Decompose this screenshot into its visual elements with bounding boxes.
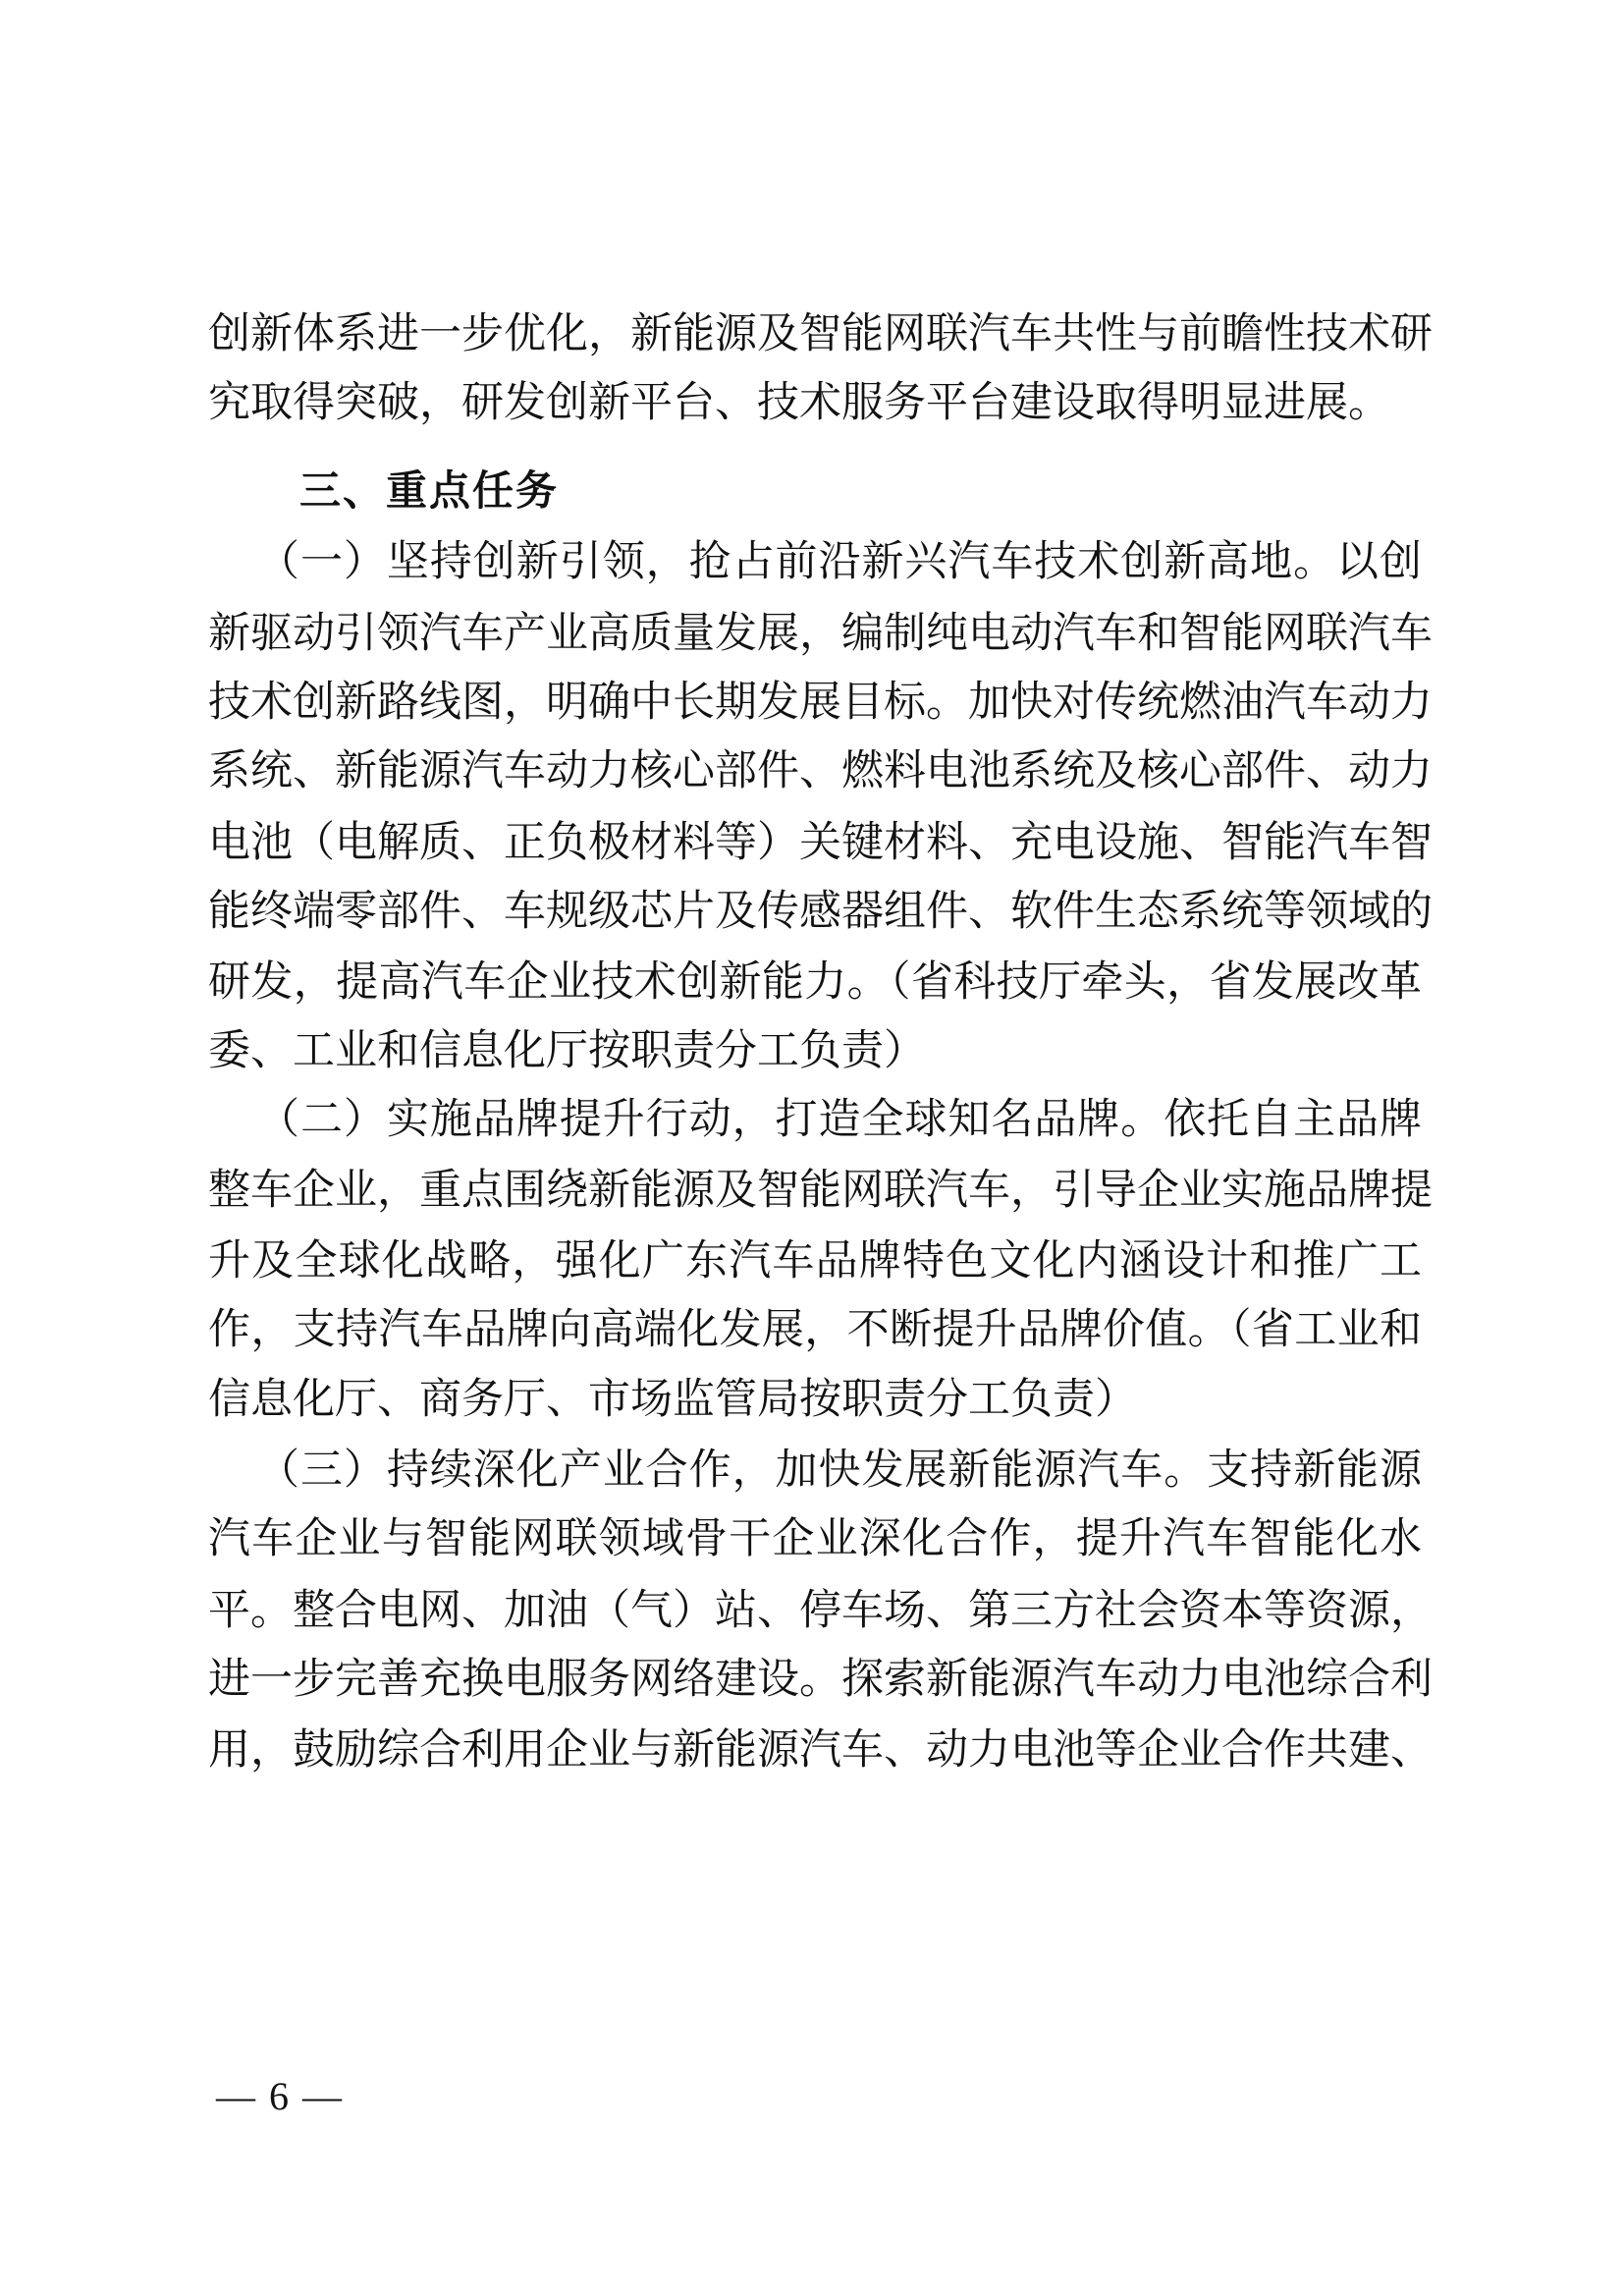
task-2-line-1: （二）实施品牌提升行动，打造全球知名品牌。依托自主品牌 xyxy=(257,1090,1422,1149)
task-3-line-4: 进一步完善充换电服务网络建设。探索新能源汽车动力电池综合利 xyxy=(208,1650,1422,1709)
task-2-line-4: 作，支持汽车品牌向高端化发展，不断提升品牌价值。（省工业和 xyxy=(208,1300,1422,1359)
task-1-line-7: 研发，提高汽车企业技术创新能力。（省科技厅牵头，省发展改革 xyxy=(208,953,1422,1011)
task-1-line-1: （一）坚持创新引领，抢占前沿新兴汽车技术创新高地。以创 xyxy=(257,532,1422,591)
task-2-line-3: 升及全球化战略，强化广东汽车品牌特色文化内涵设计和推广工 xyxy=(208,1231,1422,1290)
task-1-line-5: 电池（电解质、正负极材料等）关键材料、充电设施、智能汽车智 xyxy=(208,813,1422,872)
task-1-line-8: 委、工业和信息化厅按职责分工负责） xyxy=(208,1021,1422,1080)
task-2-line-5: 信息化厅、商务厅、市场监管局按职责分工负责） xyxy=(208,1370,1422,1429)
task-1-line-6: 能终端零部件、车规级芯片及传感器组件、软件生态系统等领域的 xyxy=(208,882,1422,941)
task-3-line-3: 平。整合电网、加油（气）站、停车场、第三方社会资本等资源， xyxy=(208,1581,1422,1640)
task-3-line-5: 用，鼓励综合利用企业与新能源汽车、动力电池等企业合作共建、 xyxy=(208,1721,1422,1779)
task-3-line-1: （三）持续深化产业合作，加快发展新能源汽车。支持新能源 xyxy=(257,1441,1422,1500)
task-1-line-3: 技术创新路线图，明确中长期发展目标。加快对传统燃油汽车动力 xyxy=(208,673,1422,732)
task-2-line-2: 整车企业，重点围绕新能源及智能网联汽车，引导企业实施品牌提 xyxy=(208,1161,1422,1220)
task-1-line-2: 新驱动引领汽车产业高质量发展，编制纯电动汽车和智能网联汽车 xyxy=(208,604,1422,663)
task-3-line-2: 汽车企业与智能网联领域骨干企业深化合作，提升汽车智能化水 xyxy=(208,1509,1422,1568)
document-page: 创新体系进一步优化，新能源及智能网联汽车共性与前瞻性技术研 究取得突破，研发创新… xyxy=(0,0,1624,2295)
intro-line-2: 究取得突破，研发创新平台、技术服务平台建设取得明显进展。 xyxy=(208,373,1422,432)
task-1-line-4: 系统、新能源汽车动力核心部件、燃料电池系统及核心部件、动力 xyxy=(208,741,1422,800)
intro-line-1: 创新体系进一步优化，新能源及智能网联汽车共性与前瞻性技术研 xyxy=(208,304,1422,363)
section-heading: 三、重点任务 xyxy=(299,462,559,520)
page-number: — 6 — xyxy=(216,2072,344,2121)
